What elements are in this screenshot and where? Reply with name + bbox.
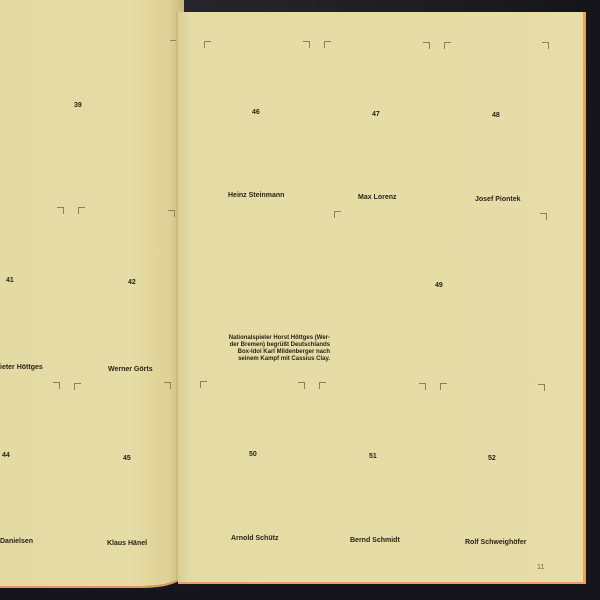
crop-mark bbox=[78, 207, 85, 214]
photo-number: 49 bbox=[435, 282, 443, 289]
caption-line: Nationalspieler Horst Höttges (Wer- bbox=[202, 335, 330, 342]
photo-number: 44 bbox=[2, 452, 10, 459]
photo-number: 47 bbox=[372, 111, 380, 118]
photo-caption: Nationalspieler Horst Höttges (Wer- der … bbox=[202, 335, 330, 363]
photo-number: 46 bbox=[252, 109, 260, 116]
crop-mark bbox=[440, 383, 447, 390]
crop-mark bbox=[204, 41, 211, 48]
photo-number: 52 bbox=[488, 455, 496, 462]
crop-mark bbox=[334, 211, 341, 218]
crop-mark bbox=[423, 42, 430, 49]
crop-mark bbox=[53, 382, 60, 389]
crop-mark bbox=[298, 382, 305, 389]
crop-mark bbox=[538, 384, 545, 391]
player-name: Rolf Schweighöfer bbox=[465, 539, 526, 546]
crop-mark bbox=[164, 382, 171, 389]
player-name: Klaus Hänel bbox=[107, 540, 147, 547]
right-page: 46 47 48 Heinz Steinmann Max Lorenz Jose… bbox=[178, 12, 586, 584]
left-page: 39 41 42 44 45 ieter Höttges Werner Gört… bbox=[0, 0, 184, 586]
photo-number: 42 bbox=[128, 279, 136, 286]
caption-line: seinem Kampf mit Cassius Clay. bbox=[202, 356, 330, 363]
caption-line: der Bremen) begrüßt Deutschlands bbox=[202, 342, 330, 349]
player-name: ieter Höttges bbox=[0, 364, 43, 371]
crop-mark bbox=[324, 41, 331, 48]
crop-mark bbox=[444, 42, 451, 49]
crop-mark bbox=[542, 42, 549, 49]
crop-mark bbox=[168, 210, 175, 217]
crop-mark bbox=[74, 383, 81, 390]
crop-mark bbox=[319, 382, 326, 389]
caption-line: Box-Idol Karl Mildenberger nach bbox=[202, 349, 330, 356]
crop-mark bbox=[200, 381, 207, 388]
player-name: Werner Görts bbox=[108, 366, 153, 373]
player-name: Bernd Schmidt bbox=[350, 537, 400, 544]
photo-number: 50 bbox=[249, 451, 257, 458]
player-name: Heinz Steinmann bbox=[228, 192, 284, 199]
photo-number: 39 bbox=[74, 102, 82, 109]
photo-number: 48 bbox=[492, 112, 500, 119]
player-name: Max Lorenz bbox=[358, 194, 397, 201]
crop-mark bbox=[57, 207, 64, 214]
crop-mark bbox=[540, 213, 547, 220]
photo-number: 41 bbox=[6, 277, 14, 284]
player-name: Arnold Schütz bbox=[231, 535, 278, 542]
crop-mark bbox=[419, 383, 426, 390]
photo-number: 51 bbox=[369, 453, 377, 460]
page-number: 11 bbox=[537, 564, 544, 571]
photo-number: 45 bbox=[123, 455, 131, 462]
player-name: Danielsen bbox=[0, 538, 33, 545]
player-name: Josef Piontek bbox=[475, 196, 521, 203]
crop-mark bbox=[303, 41, 310, 48]
